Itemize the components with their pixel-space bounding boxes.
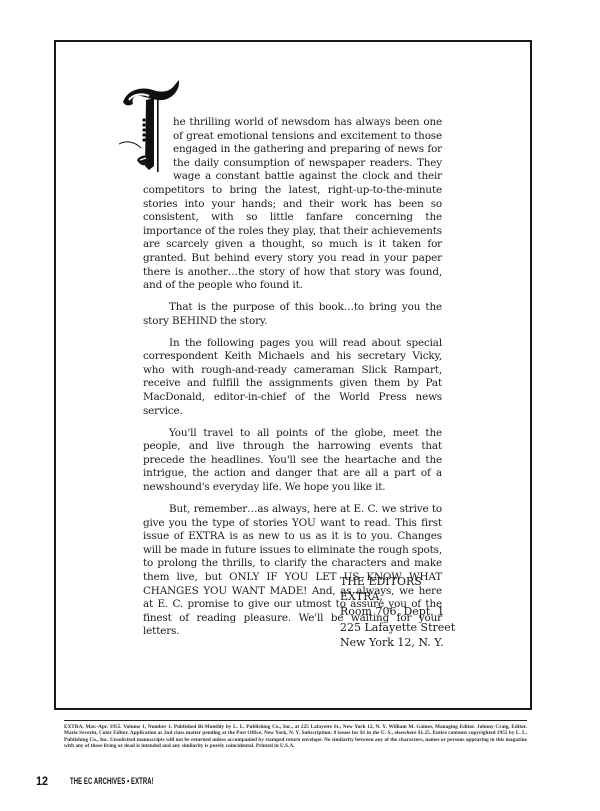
signature-line: Room 706, Dept. 1: [340, 604, 455, 619]
book-page: he thrilling world of newsdom has always…: [0, 0, 600, 811]
running-head: THE EC ARCHIVES • EXTRA!: [70, 776, 154, 787]
editorial-paragraph-1: he thrilling world of newsdom has always…: [143, 116, 442, 293]
indicia-divider: [64, 720, 527, 721]
signature-line: EXTRA,: [340, 589, 455, 604]
page-number: 12: [36, 774, 48, 788]
editorial-paragraph-2: That is the purpose of this book…to brin…: [143, 301, 442, 328]
signature-line: 225 Lafayette Street: [340, 620, 455, 635]
editorial-paragraph-3: In the following pages you will read abo…: [143, 337, 442, 419]
editors-signature-block: THE EDITORS EXTRA, Room 706, Dept. 1 225…: [340, 574, 455, 650]
signature-line: New York 12, N. Y.: [340, 635, 455, 650]
signature-line: THE EDITORS: [340, 574, 455, 589]
editorial-paragraph-4: You'll travel to all points of the globe…: [143, 427, 442, 495]
publication-indicia: EXTRA, Mar.-Apr. 1955. Volume 1, Number …: [64, 724, 527, 750]
blackletter-drop-cap-icon: [119, 80, 169, 174]
editorial-body: he thrilling world of newsdom has always…: [143, 116, 442, 647]
